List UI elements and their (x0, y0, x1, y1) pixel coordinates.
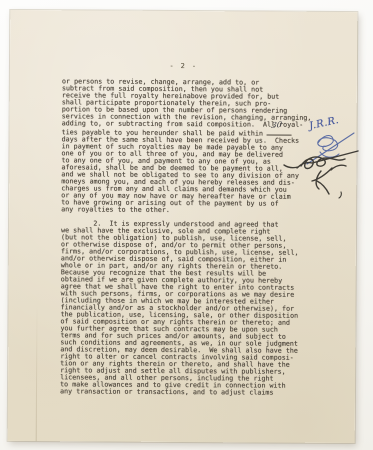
handwritten-scribble-dark-icon (284, 151, 358, 198)
handwritten-scribbles (0, 0, 373, 450)
handwritten-scribble-blue-icon (307, 133, 354, 164)
scanned-letter-page: - 2 - or persons to revise, change, arra… (0, 0, 373, 450)
